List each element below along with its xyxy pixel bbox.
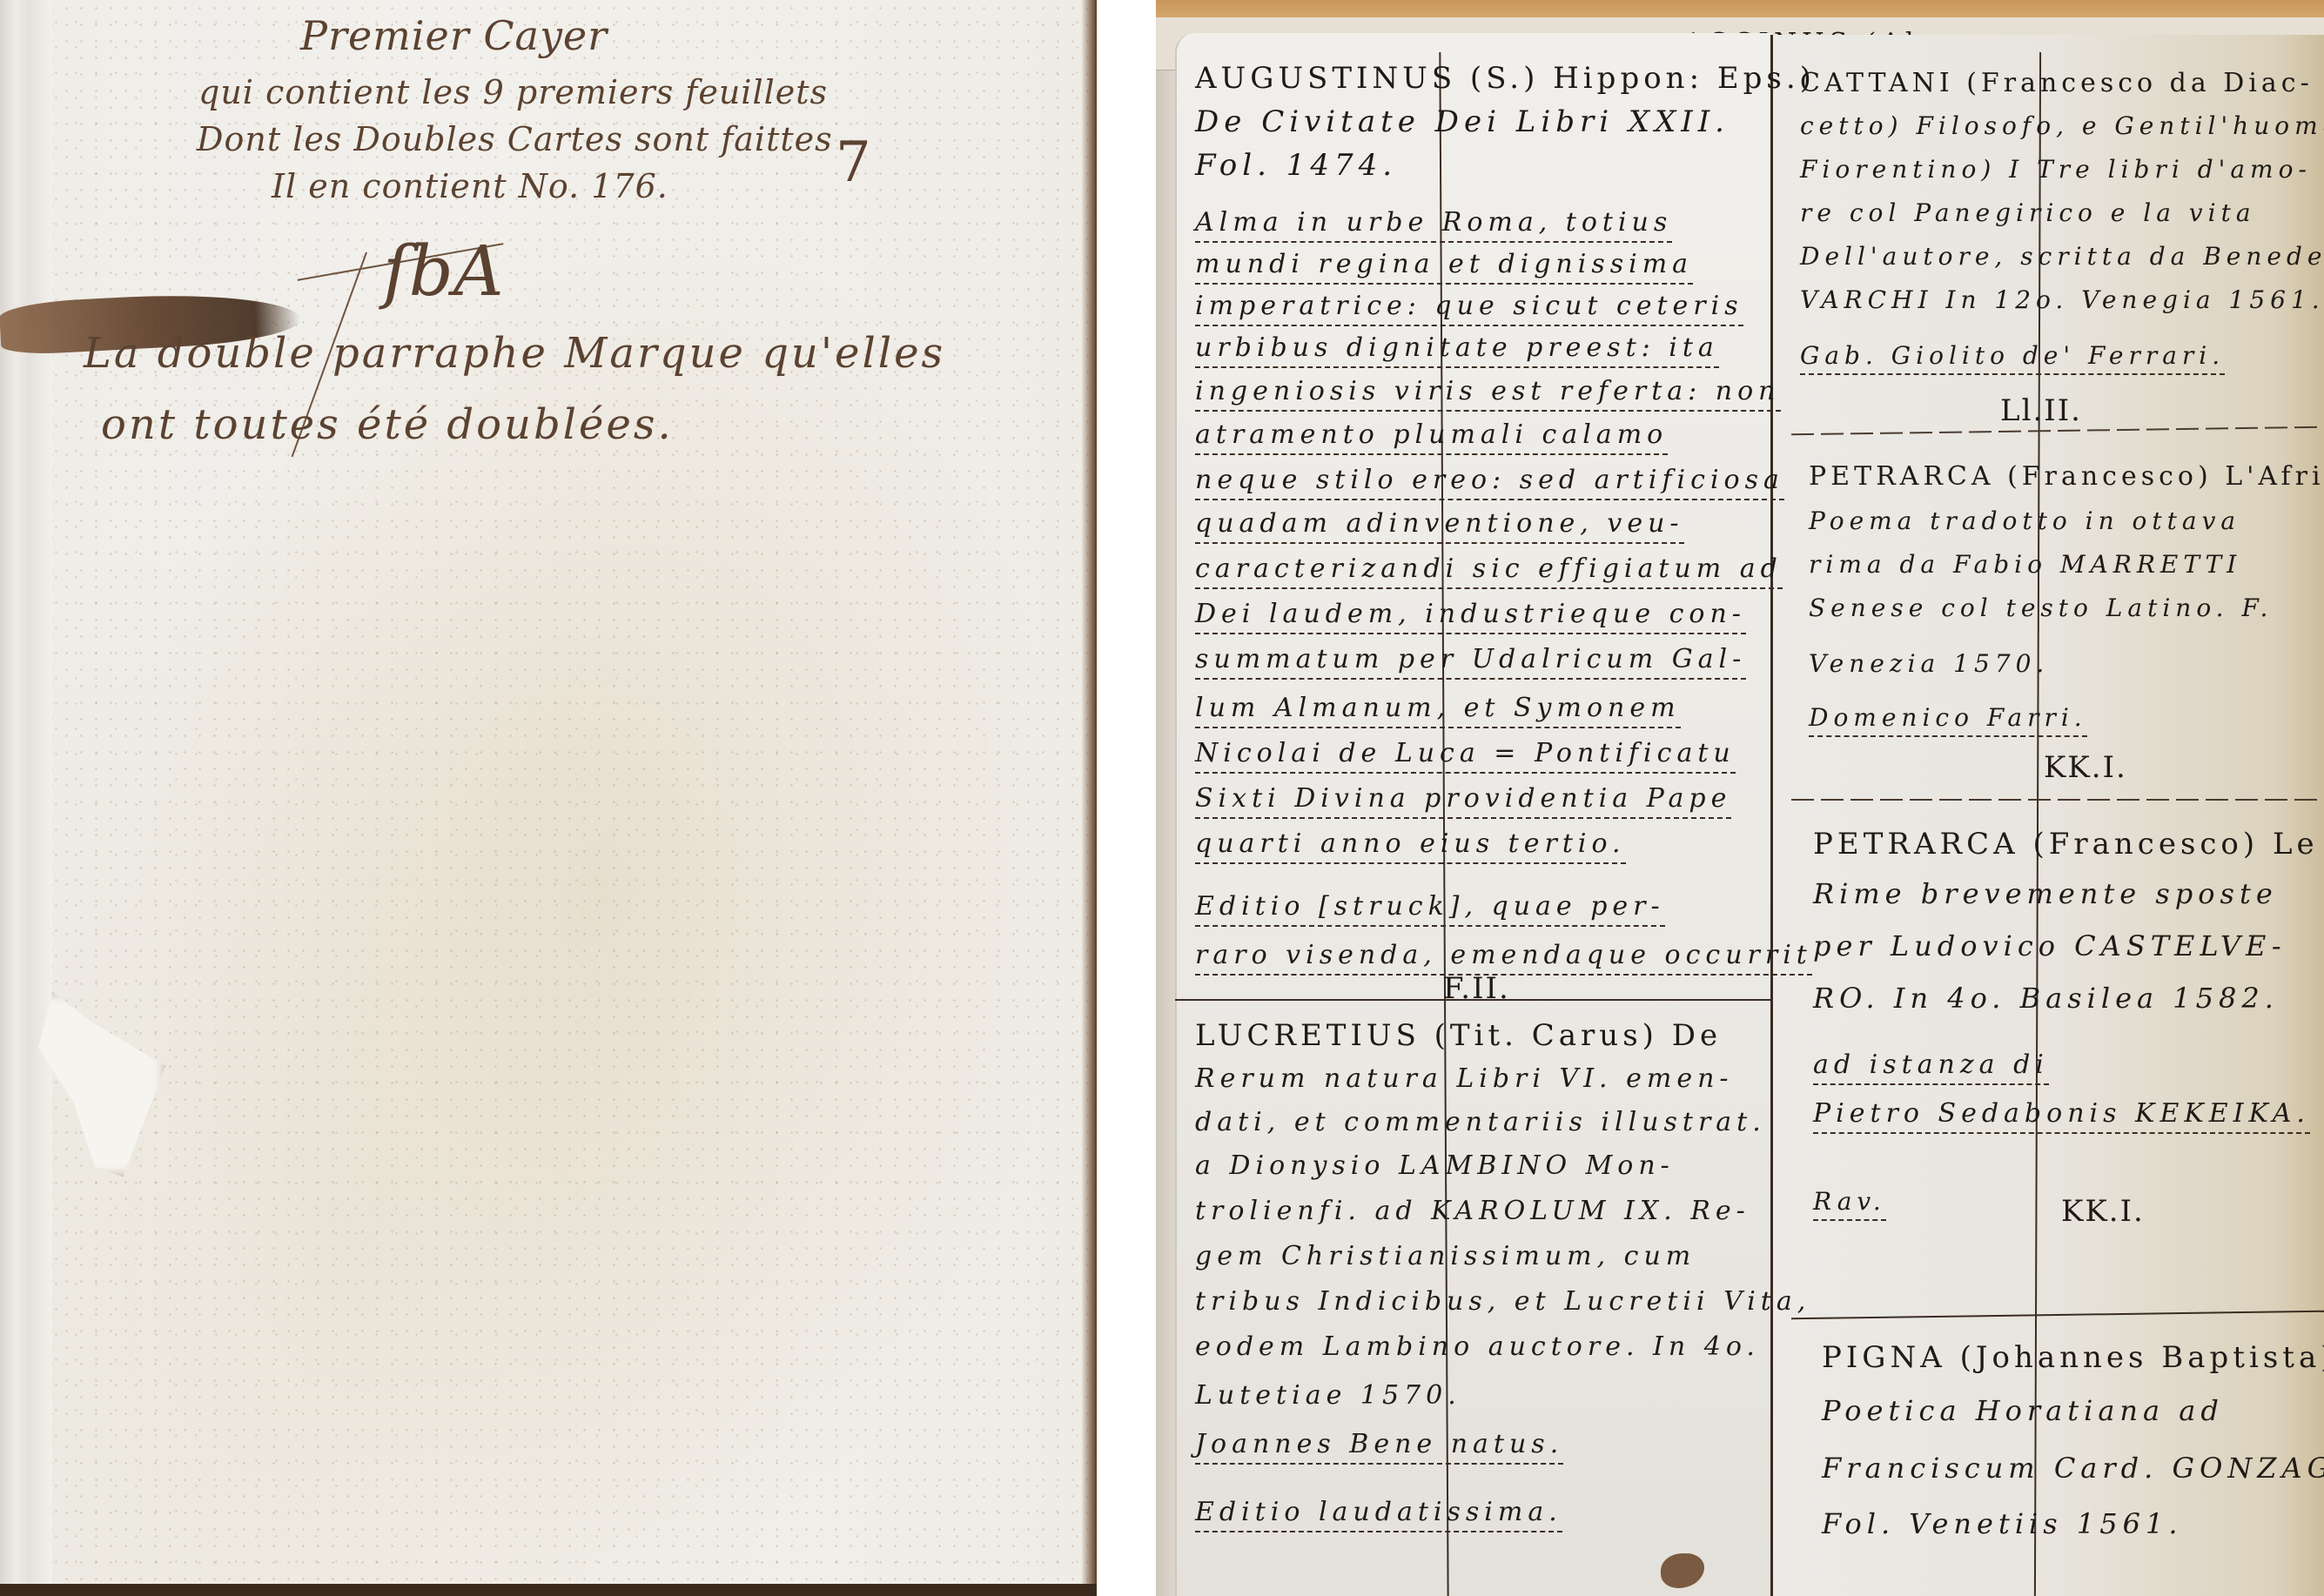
entry-line: ad istanza di	[1813, 1049, 2049, 1085]
colophon-line: Alma in urbe Roma, totius	[1195, 207, 1672, 243]
edition-note: Editio [struck], quae per-	[1195, 891, 1665, 927]
entry-line: RO. In 4o. Basilea 1582.	[1813, 982, 2279, 1015]
entry-line: a Dionysio LAMBINO Mon-	[1195, 1150, 1675, 1181]
shelfmark: Ll.II.	[2000, 393, 2082, 428]
entry-line: cetto) Filosofo, e Gentil'huomo	[1800, 111, 2324, 140]
entry-line: Pietro Sedabonis KEKEIKA.	[1813, 1098, 2310, 1134]
entry-line: Fol. 1474.	[1195, 148, 1397, 183]
entry-line: Fol. Venetiis 1561.	[1822, 1507, 2182, 1540]
entry-line: Poetica Horatiana ad	[1822, 1394, 2224, 1427]
signature-mark: ſbA	[383, 231, 504, 312]
foxing-texture	[0, 0, 1097, 1596]
entry-line: Editio laudatissima.	[1195, 1497, 1562, 1532]
entry-heading: CATTANI (Francesco da Diac-	[1800, 68, 2314, 98]
entry-heading: AUGUSTINUS (S.) Hippon: Eps.)	[1195, 61, 1816, 96]
entry-line: Rime brevemente sposte	[1813, 877, 2278, 910]
entry-line: trolienfi. ad KAROLUM IX. Re-	[1195, 1196, 1750, 1226]
page-bottom-shadow	[0, 1584, 1097, 1596]
entry-line: Franciscum Card. GONZAGAM	[1822, 1452, 2324, 1485]
entry-separator-right-2	[1791, 799, 2324, 801]
entry-line: re col Panegirico e la vita	[1800, 198, 2256, 227]
colophon-line: summatum per Udalricum Gal-	[1195, 644, 1746, 680]
margin-number: 7	[836, 131, 872, 195]
entry-line: gem Christianissimum, cum	[1195, 1241, 1696, 1271]
shelfmark: KK.I.	[2044, 750, 2127, 785]
page-edge-shadow	[1081, 0, 1097, 1596]
shelfmark: KK.I.	[2061, 1194, 2145, 1229]
right-page-photo: ...ACCINUS (Alexan... AUGUSTINUS (S.) Hi…	[1156, 0, 2324, 1596]
entry-line: dati, et commentariis illustrat.	[1195, 1107, 1766, 1137]
entry-line: Poema tradotto in ottava	[1809, 506, 2240, 535]
entry-heading: LUCRETIUS (Tit. Carus) De	[1195, 1018, 1722, 1053]
entry-line: Lutetiae 1570.	[1195, 1380, 1461, 1411]
entry-line: Rav.	[1813, 1187, 1886, 1221]
entry-heading: PETRARCA (Francesco) L'Afri-	[1809, 461, 2324, 492]
colophon-line: caracterizandi sic effigiatum ad	[1195, 553, 1783, 589]
colophon-line: Sixti Divina providentia Pape	[1195, 783, 1731, 819]
colophon-line: quadam adinventione, veu-	[1195, 508, 1684, 544]
page-fold-edge	[0, 0, 52, 1596]
entry-line: Rerum natura Libri VI. emen-	[1195, 1063, 1734, 1094]
note-line-1: La double parraphe Marque qu'elles	[84, 329, 945, 378]
edition-note: raro visenda, emendaque occurrit	[1195, 940, 1812, 976]
colophon-line: Dei laudem, industrieque con-	[1195, 599, 1746, 634]
colophon-line: atramento plumali calamo	[1195, 419, 1668, 455]
entry-heading: PETRARCA (Francesco) Le	[1813, 827, 2319, 862]
entry-line: De Civitate Dei Libri XXII.	[1195, 104, 1730, 139]
left-page-photo: Premier Cayer qui contient les 9 premier…	[0, 0, 1097, 1596]
colophon-line: mundi regina et dignissima	[1195, 249, 1693, 285]
entry-line: VARCHI In 12o. Venegia 1561.	[1800, 285, 2324, 314]
entry-line: eodem Lambino auctore. In 4o.	[1195, 1331, 1760, 1362]
entry-line: tribus Indicibus, et Lucretii Vita,	[1195, 1286, 1810, 1317]
colophon-line: quarti anno eius tertio.	[1195, 828, 1626, 864]
cover-line-2: Dont les Doubles Cartes sont faittes	[197, 120, 833, 158]
cover-title: Premier Cayer	[300, 12, 608, 59]
colophon-line: lum Almanum, et Symonem	[1195, 693, 1681, 728]
entry-line: Venezia 1570.	[1809, 649, 2049, 678]
entry-line: Dell'autore, scritta da Benedetto	[1800, 242, 2324, 271]
cover-line-1: qui contient les 9 premiers feuillets	[198, 73, 828, 111]
colophon-line: imperatrice: que sicut ceteris	[1195, 291, 1743, 326]
cover-line-3: Il en contient No. 176.	[272, 167, 668, 205]
colophon-line: Nicolai de Luca = Pontificatu	[1195, 738, 1736, 774]
colophon-line: neque stilo ereo: sed artificiosa	[1195, 465, 1784, 500]
colophon-line: ingeniosis viris est referta: non	[1195, 376, 1781, 412]
entry-line: Gab. Giolito de' Ferrari.	[1800, 341, 2225, 375]
entry-line: per Ludovico CASTELVE-	[1813, 929, 2287, 962]
shelfmark: F.II.	[1443, 971, 1510, 1006]
entry-heading: PIGNA (Johannes Baptista)	[1822, 1340, 2324, 1375]
entry-line: Joannes Bene natus.	[1195, 1429, 1563, 1465]
entry-line: rima da Fabio MARRETTI	[1809, 550, 2241, 579]
entry-line: Domenico Farri.	[1809, 703, 2087, 737]
entry-line: Fiorentino) I Tre libri d'amo-	[1800, 155, 2312, 184]
entry-line: Senese col testo Latino. F.	[1809, 593, 2273, 622]
colophon-line: urbibus dignitate preest: ita	[1195, 332, 1719, 368]
note-line-2: ont toutes été doublées.	[101, 400, 674, 449]
